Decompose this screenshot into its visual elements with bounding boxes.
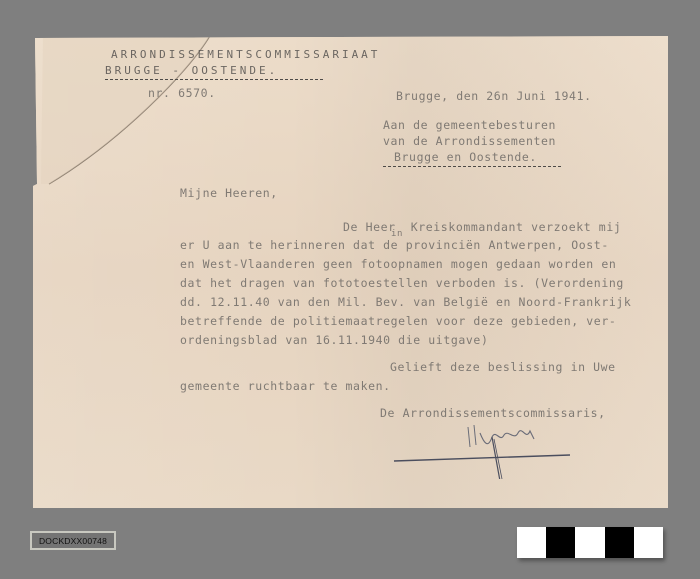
recipient-line-3: Brugge en Oostende. [394,150,537,164]
catalog-id-label: DOCKDXX00748 [30,531,116,550]
reference-number: nr. 6570. [148,86,216,100]
letterhead-underline [105,79,323,80]
body-line-4: dat het dragen van fototoestellen verbod… [180,276,624,290]
signature [388,419,588,479]
signatory-title: De Arrondissementscommissaris, [380,406,606,420]
scale-block-1 [517,527,546,558]
letterhead-line-2: BRUGGE - OOSTENDE. [105,64,278,77]
body-line-2: er U aan te herinneren dat de provinciën… [180,238,609,252]
body-line-7: ordeningsblad van 16.11.1940 die uitgave… [180,333,488,347]
recipient-line-2: van de Arrondissementen [383,134,556,148]
scale-block-3 [575,527,604,558]
recipient-line-1: Aan de gemeentebesturen [383,118,556,132]
body-line-1: De Heer Kreiskommandant verzoekt mij [343,220,621,234]
closing-line-2: gemeente ruchtbaar te maken. [180,379,391,393]
recipient-underline [383,166,561,167]
scale-block-4 [605,527,634,558]
letterhead-line-1: ARRONDISSEMENTSCOMMISSARIAAT [111,48,380,61]
letter-paper: ARRONDISSEMENTSCOMMISSARIAAT BRUGGE - OO… [33,36,668,508]
color-scale-bar [517,527,663,558]
closing-line-1: Gelieft deze beslissing in Uwe [390,360,616,374]
body-line-6: betreffende de politiemaatregelen voor d… [180,314,616,328]
salutation: Mijne Heeren, [180,186,278,200]
body-line-5: dd. 12.11.40 van den Mil. Bev. van Belgi… [180,295,631,309]
scale-block-2 [546,527,575,558]
body-line-3: en West-Vlaanderen geen fotoopnamen moge… [180,257,616,271]
place-date: Brugge, den 26n Juni 1941. [396,89,592,103]
scale-block-5 [634,527,663,558]
